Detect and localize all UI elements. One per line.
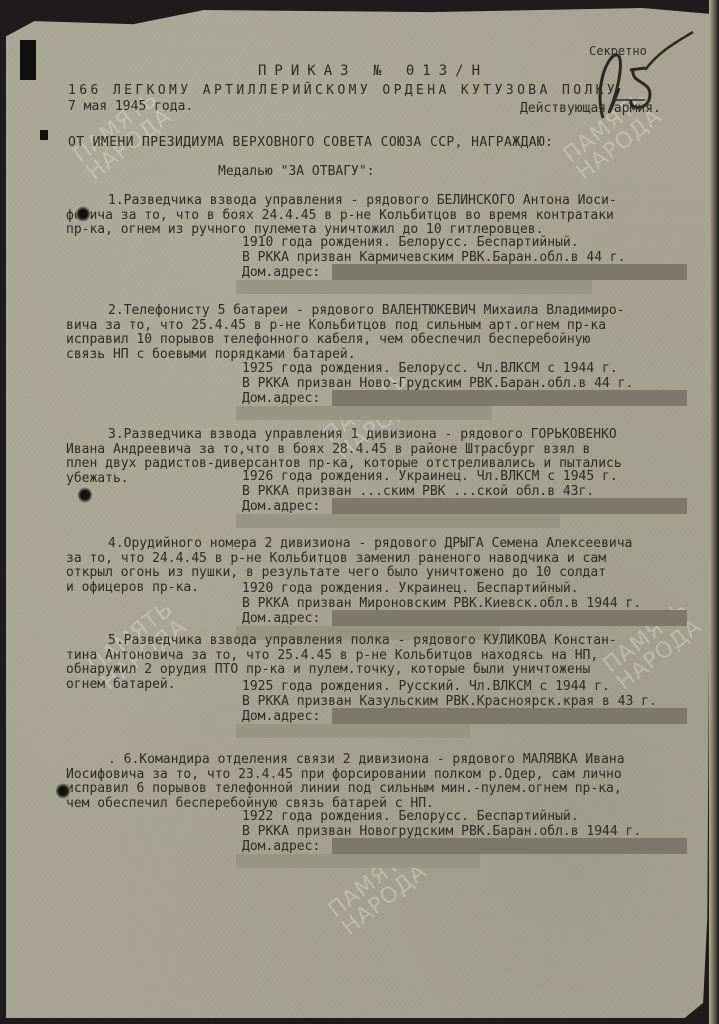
entry-text-line: . 6.Командира отделения связи 2 дивизион…	[108, 753, 625, 767]
entry-address-label: Дом.адрес:	[242, 840, 320, 854]
entry-birth: 1925 года рождения. Белорусс. Чл.ВЛКСМ с…	[242, 362, 618, 376]
entry-text-line: Ивана Андреевича за то,что в боях 28.4.4…	[66, 443, 590, 457]
award-name: Медалью "ЗА ОТВАГУ":	[218, 165, 375, 179]
redacted-address	[236, 406, 492, 420]
entry-drafted: В РККА призван Казульским РВК.Красноярск…	[242, 695, 657, 709]
punch-hole	[56, 783, 70, 799]
entry-birth: 1922 года рождения. Белорусс. Беспартийн…	[242, 810, 579, 824]
entry-address-label: Дом.адрес:	[242, 612, 320, 626]
torn-edge	[20, 40, 36, 80]
entry-text-line: 3.Разведчика взвода управления 1 дивизио…	[108, 428, 617, 442]
entry-address-label: Дом.адрес:	[242, 392, 320, 406]
torn-edge	[40, 130, 48, 140]
unit-name: 166 ЛЕГКОМУ АРТИЛЛЕРИЙСКОМУ ОРДЕНА КУТУЗ…	[68, 84, 618, 98]
entry-text-line: и офицеров пр-ка.	[66, 581, 199, 595]
redacted-address	[332, 264, 687, 280]
entry-birth: 1926 года рождения. Украинец. Чл.ВЛКСМ с…	[242, 470, 618, 484]
preamble: ОТ ИМЕНИ ПРЕЗИДИУМА ВЕРХОВНОГО СОВЕТА СО…	[68, 136, 553, 150]
entry-drafted: В РККА призван ...ским РВК ...ской обл.в…	[242, 485, 594, 499]
redacted-address	[332, 838, 687, 854]
entry-drafted: В РККА призван Мироновским РВК.Киевск.об…	[242, 597, 641, 611]
entry-text-line: 5.Разведчика взвода управления полка - р…	[108, 634, 617, 648]
entry-drafted: В РККА призван Кармичевским РВК.Баран.об…	[242, 251, 626, 265]
entry-address-label: Дом.адрес:	[242, 710, 320, 724]
punch-hole	[76, 206, 90, 222]
entry-text-line: обнаружил 2 орудия ПТО пр-ка и пулем.точ…	[66, 663, 590, 677]
entry-text-line: убежать.	[66, 472, 129, 486]
document-title: ПРИКАЗ № 013/Н	[258, 64, 488, 78]
entry-birth: 1925 года рождения. Русский. Чл.ВЛКСМ с …	[242, 680, 610, 694]
entry-address-label: Дом.адрес:	[242, 500, 320, 514]
redacted-address	[236, 854, 480, 868]
redacted-address	[332, 498, 687, 514]
punch-hole	[78, 487, 92, 503]
entry-birth: 1910 года рождения. Белорусс. Беспартийн…	[242, 236, 579, 250]
redacted-address	[332, 708, 687, 724]
entry-text-line: 1.Разведчика взвода управления - рядовог…	[108, 194, 617, 208]
entry-text-line: связь НП с боевыми порядками батарей.	[66, 348, 356, 362]
redacted-address	[332, 610, 687, 626]
entry-text-line: вича за то, что 25.4.45 в р-не Кольбитцо…	[66, 319, 606, 333]
redacted-address	[236, 724, 470, 738]
entry-text-line: 2.Телефонисту 5 батареи - рядового ВАЛЕН…	[108, 304, 625, 318]
document-date: 7 мая 1945 года.	[68, 100, 193, 114]
entry-birth: 1920 года рождения. Украинец. Беспартийн…	[242, 582, 579, 596]
redacted-address	[236, 514, 560, 528]
redacted-address	[236, 280, 592, 294]
document-location: Действующая армия.	[520, 102, 661, 116]
page-edge	[709, 0, 719, 1024]
entry-text-line: исправил 6 порывов телефонной линии под …	[66, 782, 622, 796]
entry-text-line: огнем батарей.	[66, 678, 176, 692]
entry-text-line: Иосифовича за то, что 23.4.45 при форсир…	[66, 768, 622, 782]
entry-text-line: за то, что 24.4.45 в р-не Кольбитцов зам…	[66, 552, 606, 566]
entry-text-line: открыл огонь из пушки, в результате чего…	[66, 566, 606, 580]
entry-text-line: исправил 10 порывов телефонного кабеля, …	[66, 333, 590, 347]
entry-address-label: Дом.адрес:	[242, 266, 320, 280]
entry-text-line: фовича за то, что в боях 24.4.45 в р-не …	[66, 209, 614, 223]
entry-text-line: тина Антоновича за то, что 25.4.45 в р-н…	[66, 649, 598, 663]
redacted-address	[332, 390, 687, 406]
entry-drafted: В РККА призван Новогрудским РВК.Баран.об…	[242, 825, 641, 839]
entry-drafted: В РККА призван Ново-Грудским РВК.Баран.о…	[242, 377, 633, 391]
entry-text-line: 4.Орудийного номера 2 дивизиона - рядово…	[108, 537, 632, 551]
